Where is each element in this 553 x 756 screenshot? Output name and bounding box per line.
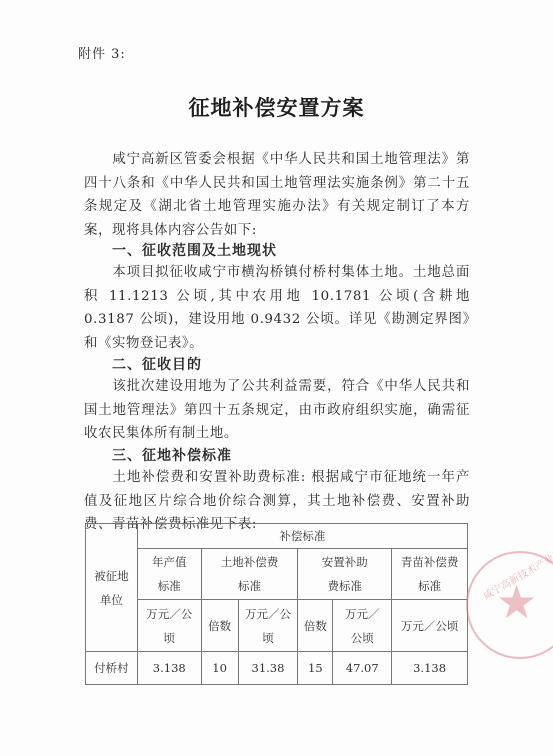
cell-annual-output: 3.138 (137, 652, 201, 685)
header-annual-output: 年产值标准 (137, 549, 201, 600)
cell-land-multiple: 10 (201, 652, 238, 685)
official-seal: 咸宁高新技术产业开发区 ★ (466, 551, 553, 659)
document-title: 征地补偿安置方案 (0, 92, 553, 122)
unit-cell: 万元／公顷 (238, 600, 298, 652)
unit-cell: 倍数 (201, 600, 238, 652)
compensation-table: 被征地单位 补偿标准 年产值标准 土地补偿费标准 安置补助费标准 青苗补偿费标准… (85, 523, 468, 685)
header-crop-compensation: 青苗补偿费标准 (392, 549, 468, 600)
cell-resettle-amount: 47.07 (333, 652, 392, 685)
header-unit: 被征地单位 (86, 524, 138, 652)
unit-cell: 万元／公顷 (392, 600, 468, 652)
section-body-1: 本项目拟征收咸宁市横沟桥镇付桥村集体土地。土地总面积 11.1213 公顷,其中… (84, 261, 470, 355)
intro-paragraph: 咸宁高新区管委会根据《中华人民共和国土地管理法》第四十八条和《中华人民共和国土地… (84, 148, 470, 242)
row-unit-name: 付桥村 (86, 652, 138, 685)
unit-cell: 万元／公顷 (333, 600, 392, 652)
unit-cell: 倍数 (298, 600, 333, 652)
table-row: 付桥村 3.138 10 31.38 15 47.07 3.138 (86, 652, 468, 685)
attachment-label: 附件 3: (78, 43, 126, 62)
cell-crop-amount: 3.138 (392, 652, 468, 685)
header-land-compensation: 土地补偿费标准 (201, 549, 298, 600)
section-heading-2: 二、征收目的 (112, 354, 202, 374)
cell-resettle-multiple: 15 (298, 652, 333, 685)
section-heading-3: 三、征地补偿标准 (112, 445, 232, 465)
section-heading-1: 一、征收范围及土地现状 (112, 240, 277, 260)
header-resettlement-subsidy: 安置补助费标准 (298, 549, 392, 600)
star-icon: ★ (496, 579, 537, 625)
cell-land-amount: 31.38 (238, 652, 298, 685)
unit-cell: 万元／公顷 (137, 600, 201, 652)
section-body-2: 该批次建设用地为了公共利益需要，符合《中华人民共和国土地管理法》第四十五条规定，… (84, 375, 470, 446)
header-group: 补偿标准 (137, 524, 467, 549)
